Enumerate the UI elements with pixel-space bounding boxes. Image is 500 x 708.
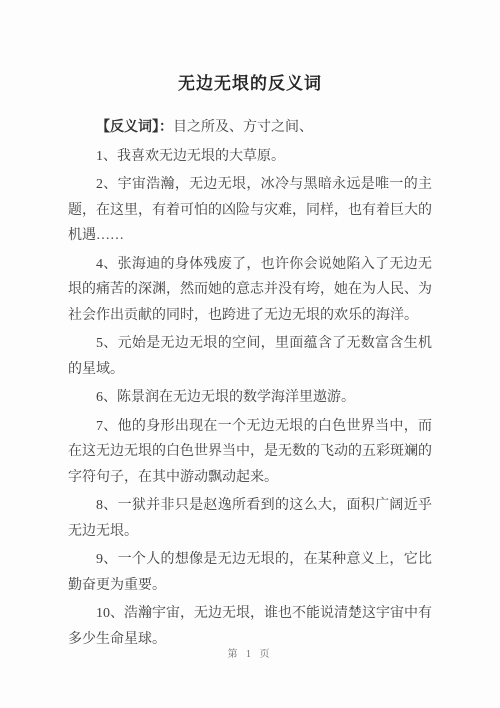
document-body: 【反义词】：目之所及、方寸之间、 1、我喜欢无边无垠的大草原。 2、宇宙浩瀚，无… xyxy=(68,115,432,652)
sentence-paragraph-9: 9、一个人的想像是无边无垠的，在某种意义上，它比勤奋更为重要。 xyxy=(68,547,432,598)
sentence-paragraph-7: 7、他的身形出现在一个无边无垠的白色世界当中，而在这无边无垠的白色世界当中，是无… xyxy=(68,414,432,491)
antonym-values: 目之所及、方寸之间、 xyxy=(173,120,313,135)
sentence-paragraph-8: 8、一狱并非只是赵逸所看到的这么大，面积广阔近乎无边无垠。 xyxy=(68,493,432,544)
page-title: 无边无垠的反义词 xyxy=(68,73,432,94)
sentence-paragraph-6: 6、陈景润在无边无垠的数学海洋里遨游。 xyxy=(68,385,432,411)
antonym-line: 【反义词】：目之所及、方寸之间、 xyxy=(68,115,432,141)
document-page: 无边无垠的反义词 【反义词】：目之所及、方寸之间、 1、我喜欢无边无垠的大草原。… xyxy=(0,0,500,708)
page-number: 第 1 页 xyxy=(0,645,500,660)
antonym-label: 【反义词】： xyxy=(96,120,173,135)
sentence-paragraph-5: 5、元始是无边无垠的空间，里面蕴含了无数富含生机的星域。 xyxy=(68,331,432,382)
sentence-paragraph-2: 2、宇宙浩瀚，无边无垠，冰冷与黑暗永远是唯一的主题，在这里，有着可怕的凶险与灾难… xyxy=(68,172,432,249)
sentence-paragraph-4: 4、张海迪的身体残废了，也许你会说她陷入了无边无垠的痛苦的深渊，然而她的意志并没… xyxy=(68,252,432,329)
sentence-paragraph-1: 1、我喜欢无边无垠的大草原。 xyxy=(68,144,432,170)
